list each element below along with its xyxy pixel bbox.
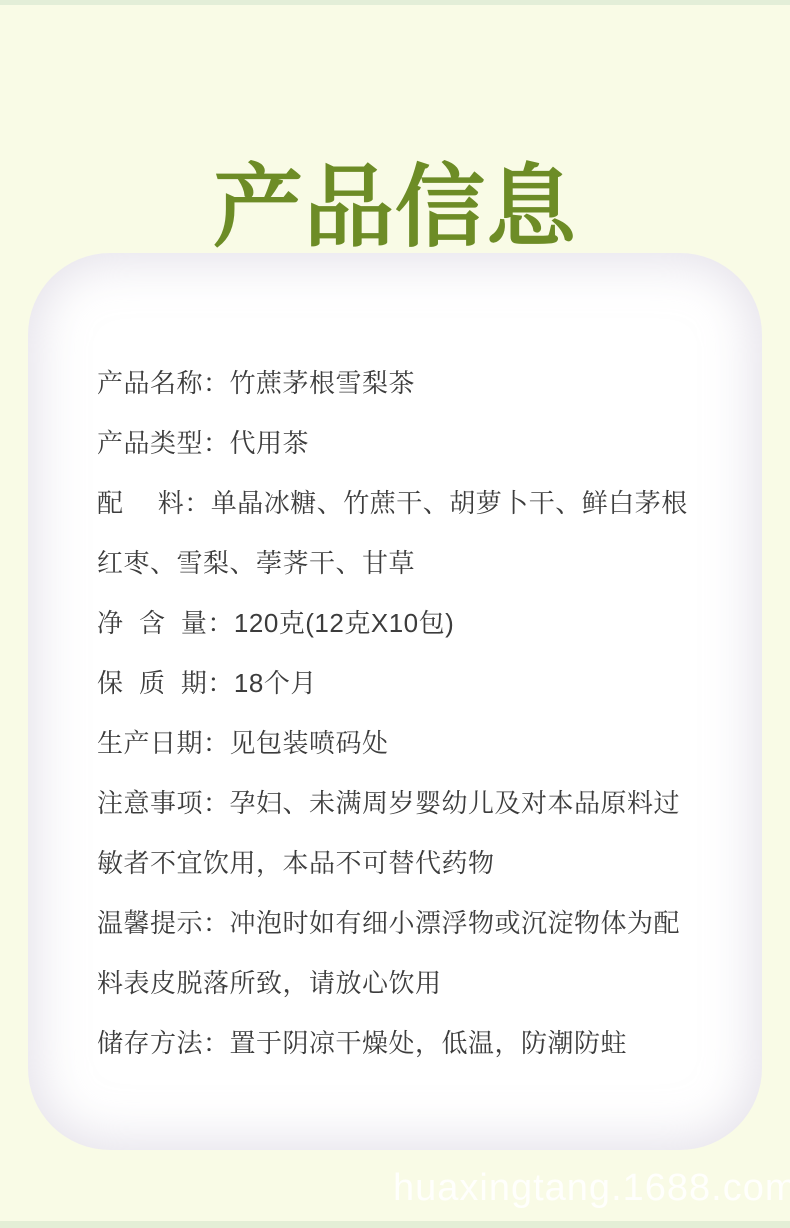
info-line-storage-method: 储存方法：置于阴凉干燥处，低温，防潮防蛀 — [97, 1013, 718, 1073]
info-line-precautions-2: 敏者不宜饮用，本品不可替代药物 — [97, 833, 718, 893]
watermark: huaxingtang.1688.com — [393, 1166, 790, 1210]
info-line-product-name: 产品名称：竹蔗茅根雪梨茶 — [97, 353, 718, 413]
page-title: 产品信息 — [0, 158, 790, 258]
info-line-warm-tip-1: 温馨提示：冲泡时如有细小漂浮物或沉淀物体为配 — [97, 893, 718, 953]
info-line-ingredients-2: 红枣、雪梨、荸荠干、甘草 — [97, 533, 718, 593]
info-line-net-content: 净 含 量：120克(12克X10包) — [97, 593, 718, 653]
info-line-warm-tip-2: 料表皮脱落所致，请放心饮用 — [97, 953, 718, 1013]
bottom-edge-strip — [0, 1221, 790, 1228]
info-line-production-date: 生产日期：见包装喷码处 — [97, 713, 718, 773]
info-line-precautions-1: 注意事项：孕妇、未满周岁婴幼儿及对本品原料过 — [97, 773, 718, 833]
top-edge-strip — [0, 0, 790, 5]
info-line-product-type: 产品类型：代用茶 — [97, 413, 718, 473]
product-info-card: 产品名称：竹蔗茅根雪梨茶 产品类型：代用茶 配 料：单晶冰糖、竹蔗干、胡萝卜干、… — [28, 253, 762, 1150]
info-line-ingredients-1: 配 料：单晶冰糖、竹蔗干、胡萝卜干、鲜白茅根 — [97, 473, 718, 533]
info-line-shelf-life: 保 质 期：18个月 — [97, 653, 718, 713]
